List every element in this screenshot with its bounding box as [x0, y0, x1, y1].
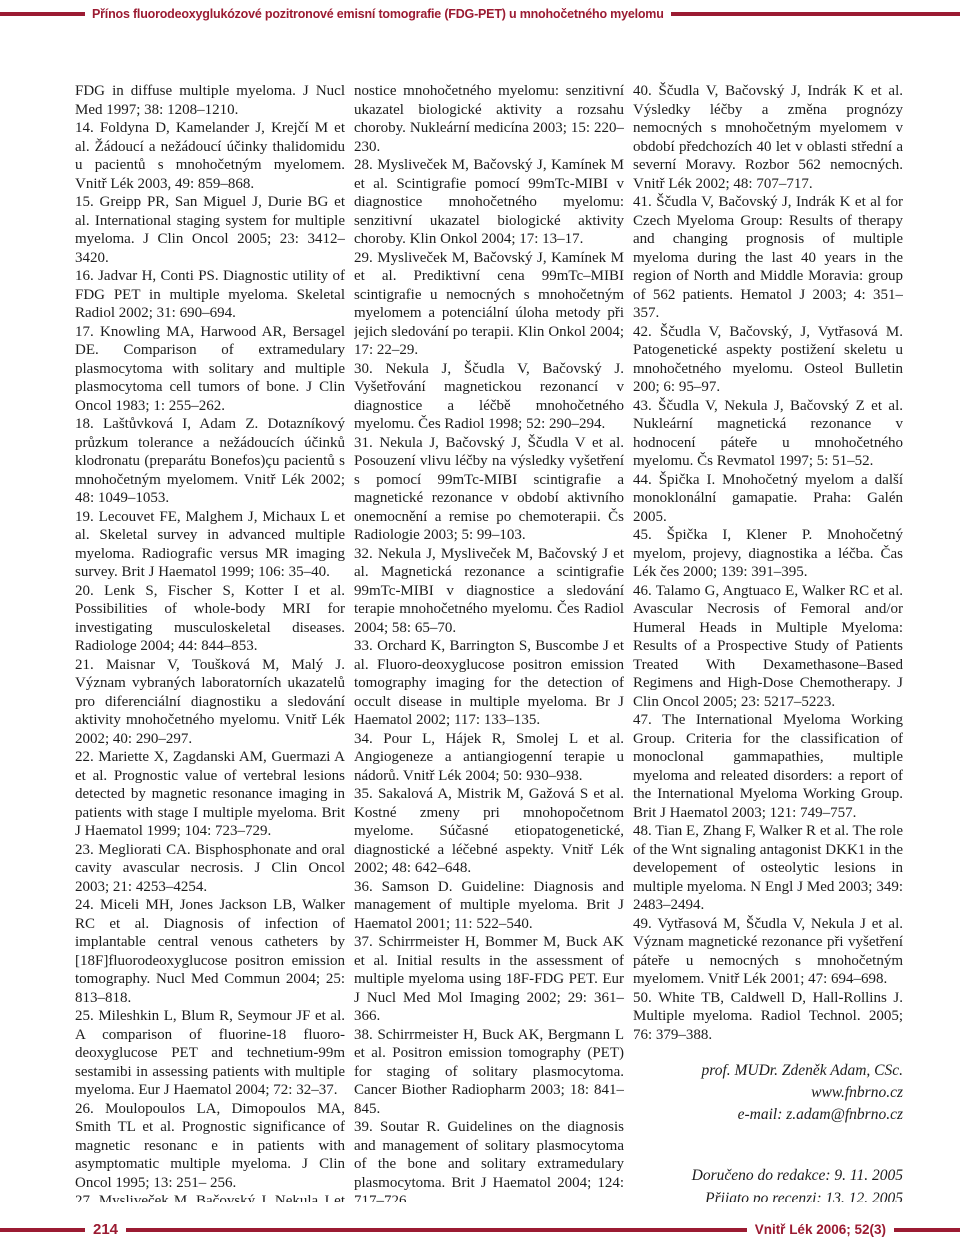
header-rule-right: [671, 12, 960, 16]
author-name: prof. MUDr. Zdeněk Adam, CSc.: [633, 1060, 903, 1082]
received-date: Doručeno do redakce: 9. 11. 2005: [633, 1164, 903, 1187]
reference-item: 43. Ščudla V, Nekula J, Bačovský Z et al…: [633, 397, 903, 471]
reference-item: 35. Sakalová A, Mistrik M, Gažová S et a…: [354, 785, 624, 878]
reference-item: 48. Tian E, Zhang F, Walker R et al. The…: [633, 822, 903, 915]
reference-item: nostice mnohočetného myelomu: senzitivní…: [354, 82, 624, 156]
running-title: Přínos fluorodeoxyglukózové pozitronové …: [92, 7, 664, 21]
footer-rule-middle: [126, 1228, 747, 1232]
references-column-3-list: 40. Ščudla V, Bačovský J, Indrák K et al…: [633, 82, 903, 1044]
page-header: Přínos fluorodeoxyglukózové pozitronové …: [0, 7, 960, 21]
references-column-1: FDG in diffuse multiple myeloma. J Nucl …: [75, 82, 345, 1202]
reference-item: 26. Moulopoulos LA, Dimopoulos MA, Smith…: [75, 1100, 345, 1193]
reference-item: 45. Špička I, Klener P. Mnohočetný myelo…: [633, 526, 903, 582]
journal-page: Přínos fluorodeoxyglukózové pozitronové …: [0, 0, 960, 1252]
reference-item: 38. Schirrmeister H, Buck AK, Bergmann L…: [354, 1026, 624, 1119]
journal-citation: Vnitř Lék 2006; 52(3): [755, 1222, 886, 1237]
reference-item: 27. Mysliveček M, Bačovský J, Nekula J e…: [75, 1192, 345, 1202]
reference-item: 46. Talamo G, Angtuaco E, Walker RC et a…: [633, 582, 903, 712]
reference-item: 25. Mileshkin L, Blum R, Seymour JF et a…: [75, 1007, 345, 1100]
reference-item: 19. Lecouvet FE, Malghem J, Michaux L et…: [75, 508, 345, 582]
reference-item: 42. Ščudla V, Bačovský, J, Vytřasová M. …: [633, 323, 903, 397]
footer-rule-right: [894, 1228, 960, 1232]
reference-item: 17. Knowling MA, Harwood AR, Bersagel DE…: [75, 323, 345, 416]
editorial-dates-block: Doručeno do redakce: 9. 11. 2005 Přijato…: [633, 1164, 903, 1202]
reference-item: 50. White TB, Caldwell D, Hall-Rollins J…: [633, 989, 903, 1045]
reference-item: 15. Greipp PR, San Miguel J, Durie BG et…: [75, 193, 345, 267]
reference-item: 32. Nekula J, Mysliveček M, Bačovský J e…: [354, 545, 624, 638]
references-column-3: 40. Ščudla V, Bačovský J, Indrák K et al…: [633, 82, 903, 1202]
reference-item: 44. Špička I. Mnohočetný myelom a další …: [633, 471, 903, 527]
author-signature-block: prof. MUDr. Zdeněk Adam, CSc. www.fnbrno…: [633, 1060, 903, 1126]
reference-item: 16. Jadvar H, Conti PS. Diagnostic utili…: [75, 267, 345, 323]
reference-item: 34. Pour L, Hájek R, Smolej L et al. Ang…: [354, 730, 624, 786]
reference-item: 31. Nekula J, Bačovský J, Ščudla V et al…: [354, 434, 624, 545]
author-email: e-mail: z.adam@fnbrno.cz: [633, 1104, 903, 1126]
reference-item: 39. Soutar R. Guidelines on the diagnosi…: [354, 1118, 624, 1202]
reference-item: 21. Maisnar V, Toušková M, Malý J. Význa…: [75, 656, 345, 749]
accepted-date: Přijato po recenzi: 13. 12. 2005: [633, 1187, 903, 1202]
reference-item: 18. Laštůvková I, Adam Z. Dotazníkový pr…: [75, 415, 345, 508]
footer-rule-left: [0, 1228, 85, 1232]
reference-item: 49. Vytřasová M, Ščudla V, Nekula J et a…: [633, 915, 903, 989]
reference-item: 30. Nekula J, Ščudla V, Bačovský J. Vyše…: [354, 360, 624, 434]
reference-item: 47. The International Myeloma Working Gr…: [633, 711, 903, 822]
reference-item: 23. Megliorati CA. Bisphosphonate and or…: [75, 841, 345, 897]
reference-item: 36. Samson D. Guideline: Diagnosis and m…: [354, 878, 624, 934]
header-rule-left: [0, 12, 85, 16]
reference-item: 22. Mariette X, Zagdanski AM, Guermazi A…: [75, 748, 345, 841]
page-footer: 214 Vnitř Lék 2006; 52(3): [0, 1221, 960, 1238]
reference-item: 33. Orchard K, Barrington S, Buscombe J …: [354, 637, 624, 730]
references-section: FDG in diffuse multiple myeloma. J Nucl …: [75, 82, 902, 1202]
reference-item: 20. Lenk S, Fischer S, Kotter I et al. P…: [75, 582, 345, 656]
reference-item: 37. Schirrmeister H, Bommer M, Buck AK e…: [354, 933, 624, 1026]
reference-item: 29. Mysliveček M, Bačovský J, Kamínek M …: [354, 249, 624, 360]
reference-item: 40. Ščudla V, Bačovský J, Indrák K et al…: [633, 82, 903, 193]
page-number: 214: [93, 1221, 118, 1238]
references-column-2: nostice mnohočetného myelomu: senzitivní…: [354, 82, 624, 1202]
reference-item: 14. Foldyna D, Kamelander J, Krejčí M et…: [75, 119, 345, 193]
reference-item: 28. Mysliveček M, Bačovský J, Kamínek M …: [354, 156, 624, 249]
author-website: www.fnbrno.cz: [633, 1082, 903, 1104]
reference-item: FDG in diffuse multiple myeloma. J Nucl …: [75, 82, 345, 119]
reference-item: 41. Ščudla V, Bačovský J, Indrák K et al…: [633, 193, 903, 323]
reference-item: 24. Miceli MH, Jones Jackson LB, Walker …: [75, 896, 345, 1007]
